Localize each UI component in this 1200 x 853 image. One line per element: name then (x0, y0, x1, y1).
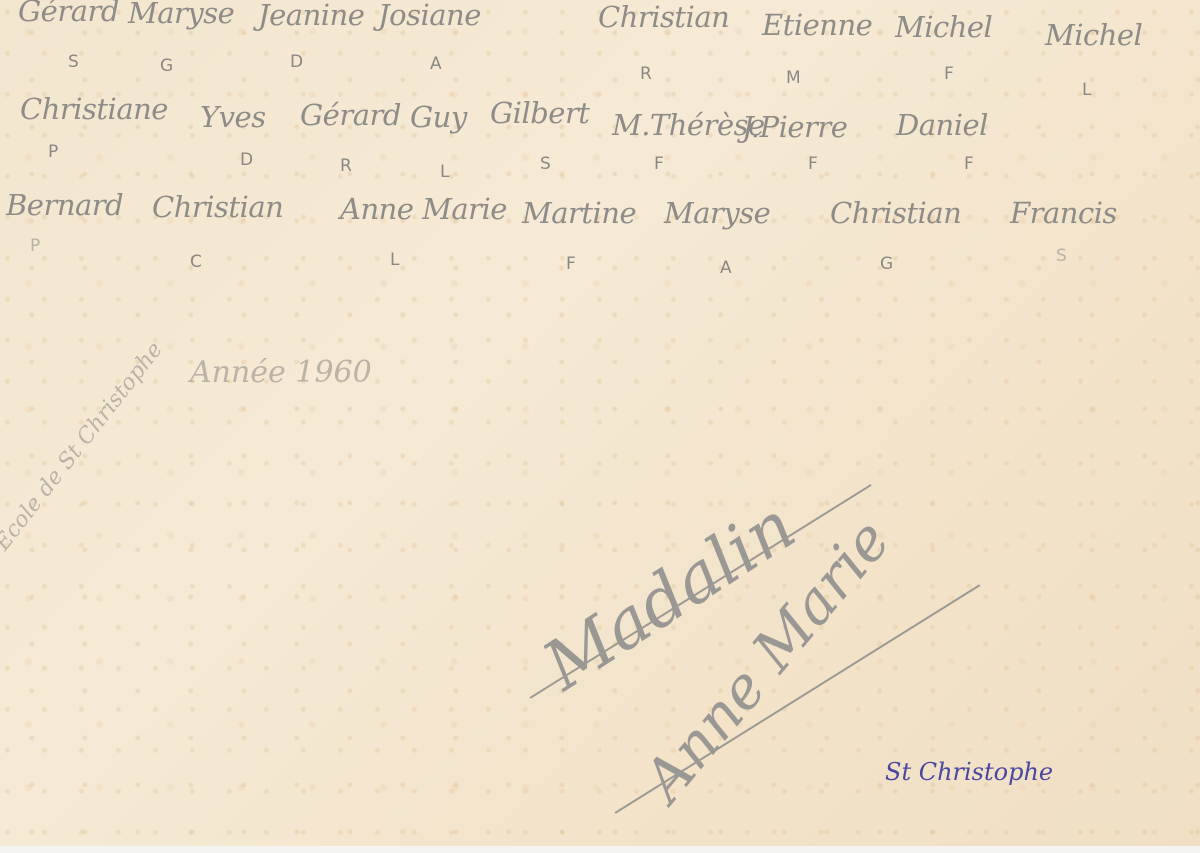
name-r3-5: Maryse (664, 196, 770, 230)
name-r1-6: Etienne (762, 8, 872, 42)
name-r1-8: Michel (1045, 18, 1142, 52)
name-r1-2: Maryse (128, 0, 234, 30)
name-r3-2: Christian (152, 190, 283, 224)
name-r2-4: Guy (410, 100, 467, 134)
name-r2-1: Christiane (20, 92, 168, 126)
initial-r3-4: F (566, 254, 576, 274)
name-r3-3: Anne Marie (340, 192, 507, 226)
name-r2-7: J.Pierre (742, 110, 847, 144)
initial-r2-1: P (48, 142, 58, 162)
ink-note-st-christophe: St Christophe (885, 758, 1053, 786)
name-r2-2: Yves (200, 100, 266, 134)
initial-r3-3: L (390, 250, 399, 270)
name-r2-8: Daniel (896, 108, 988, 142)
initial-r2-3: R (340, 156, 352, 176)
photo-back-paper (0, 0, 1200, 846)
initial-r3-7: S (1056, 246, 1067, 266)
initial-r1-3: D (290, 52, 303, 72)
initial-r2-6: F (654, 154, 664, 174)
year-note: Année 1960 (190, 355, 372, 390)
initial-r1-4: A (430, 54, 442, 74)
name-r2-5: Gilbert (490, 96, 589, 130)
name-r3-1: Bernard (6, 188, 123, 222)
initial-r3-6: G (880, 254, 893, 274)
initial-r1-8: L (1082, 80, 1091, 100)
name-r3-6: Christian (830, 196, 961, 230)
initial-r1-5: R (640, 64, 652, 84)
name-r1-1: Gérard (18, 0, 119, 28)
initial-r2-8: F (964, 154, 974, 174)
name-r1-7: Michel (895, 10, 992, 44)
initial-r1-6: M (786, 68, 801, 88)
name-r3-7: Francis (1010, 196, 1117, 230)
initial-r3-5: A (720, 258, 732, 278)
initial-r2-5: S (540, 154, 551, 174)
initial-r2-4: L (440, 162, 449, 182)
initial-r1-1: S (68, 52, 79, 72)
initial-r2-7: F (808, 154, 818, 174)
initial-r3-1: P (30, 236, 40, 256)
name-r3-4: Martine (522, 196, 636, 230)
initial-r3-2: C (190, 252, 202, 272)
name-r2-3: Gérard (300, 98, 401, 132)
initial-r1-7: F (944, 64, 954, 84)
initial-r2-2: D (240, 150, 253, 170)
name-r1-5: Christian (598, 0, 729, 34)
name-r1-4: Josiane (378, 0, 481, 32)
initial-r1-2: G (160, 56, 173, 76)
name-r1-3: Jeanine (258, 0, 364, 32)
